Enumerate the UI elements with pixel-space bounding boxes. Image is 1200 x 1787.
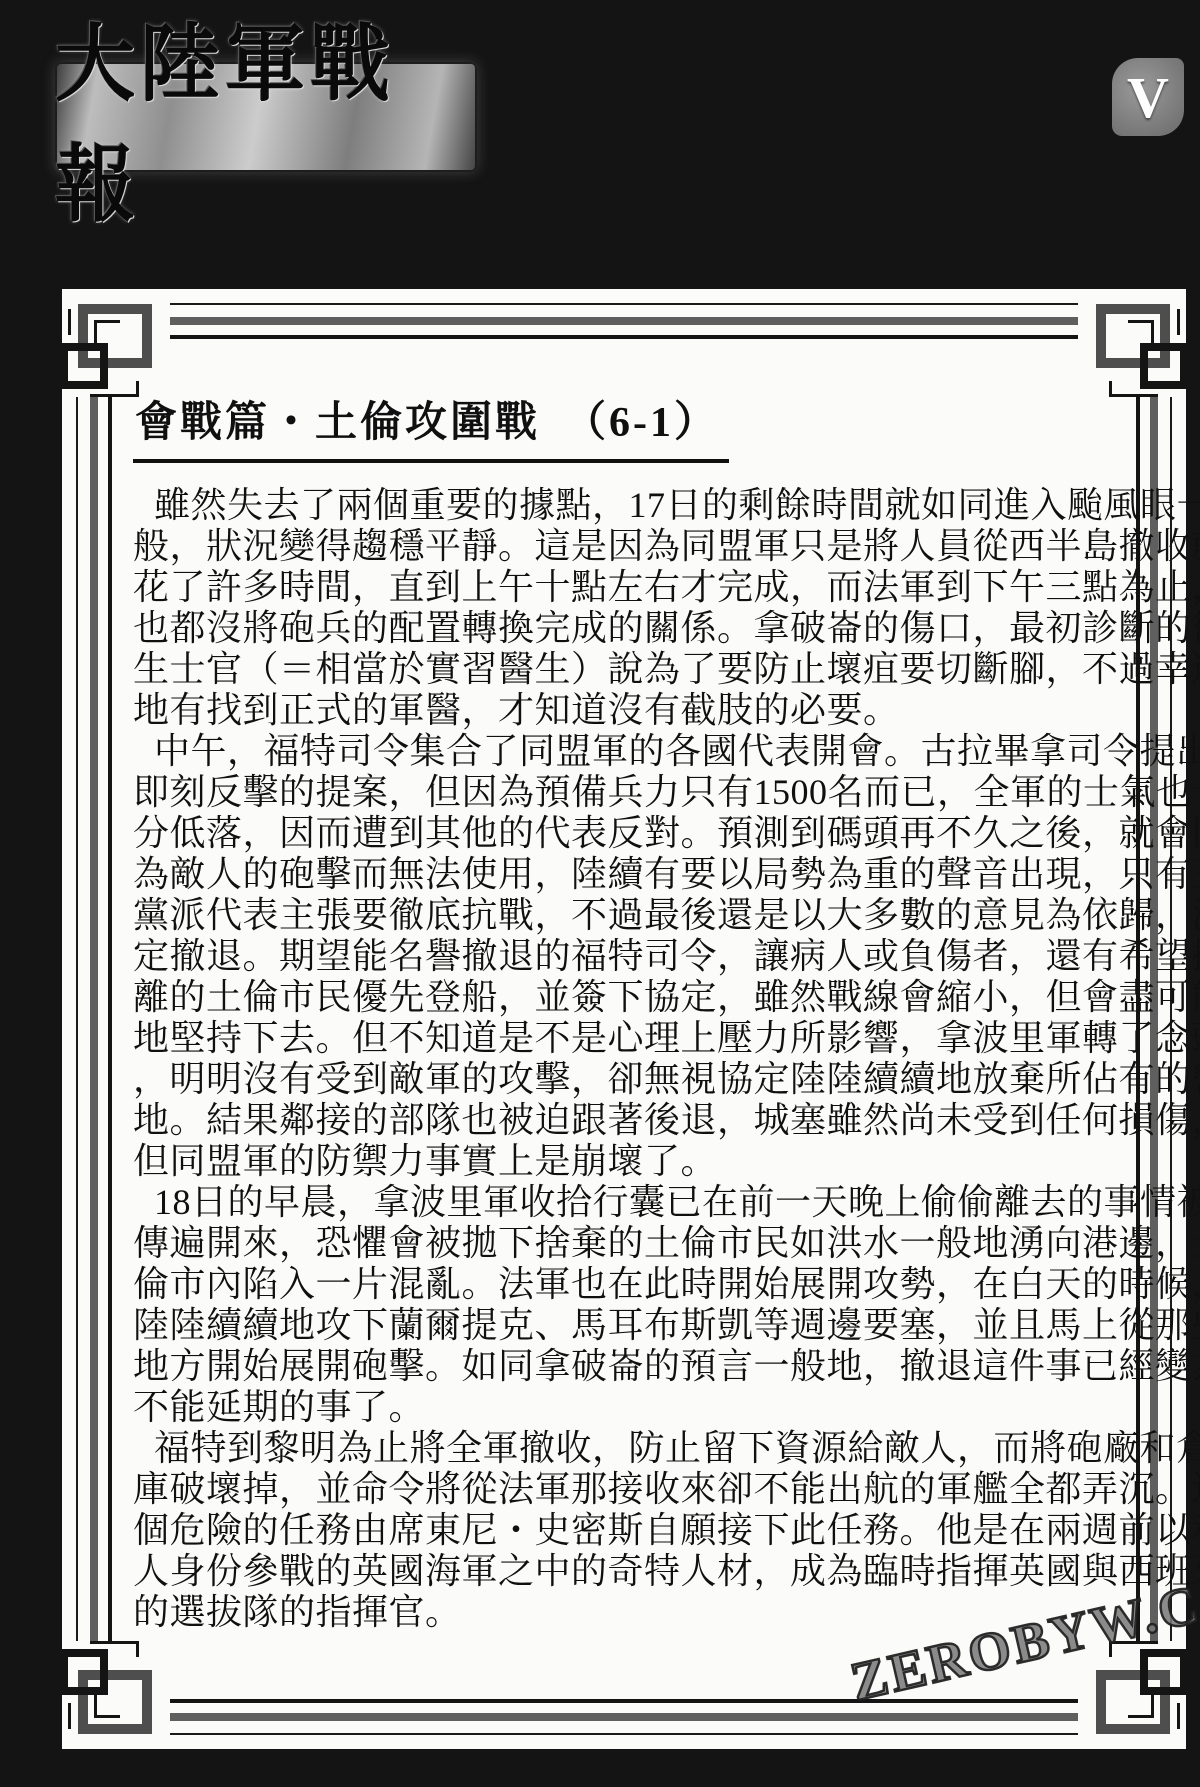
scanned-page-background: { "masthead": { "logo_text": "大陸軍戰報" }, … <box>0 0 1200 1787</box>
article: 會戰篇・土倫攻圍戰 （6-1） 雖然失去了兩個重要的據點，17日的剩餘時間就如同… <box>133 389 1095 463</box>
text-line: 雖然失去了兩個重要的據點，17日的剩餘時間就如同進入颱風眼一 <box>133 485 1095 526</box>
text-line: 般，狀況變得趨穩平靜。這是因為同盟軍只是將人員從西半島撤收就 <box>133 526 1095 567</box>
paragraph: 中午，福特司令集合了同盟軍的各國代表開會。古拉畢拿司令提出即刻反擊的提案，但因為… <box>133 731 1095 1182</box>
corner-bracket-inner <box>1128 1692 1154 1718</box>
page: 會戰篇・土倫攻圍戰 （6-1） 雖然失去了兩個重要的據點，17日的剩餘時間就如同… <box>62 289 1186 1749</box>
text-line: 地堅持下去。但不知道是不是心理上壓力所影響，拿波里軍轉了念頭 <box>133 1018 1095 1059</box>
text-line: 中午，福特司令集合了同盟軍的各國代表開會。古拉畢拿司令提出 <box>133 731 1095 772</box>
corner-bracket-inner <box>94 1692 120 1718</box>
text-line: 不能延期的事了。 <box>133 1387 1095 1428</box>
text-line: 分低落，因而遭到其他的代表反對。預測到碼頭再不久之後，就會因 <box>133 813 1095 854</box>
paragraph: 雖然失去了兩個重要的據點，17日的剩餘時間就如同進入颱風眼一般，狀況變得趨穩平靜… <box>133 485 1095 731</box>
text-line: 生士官（＝相當於實習醫生）說為了要防止壞疽要切斷腳，不過幸運 <box>133 649 1095 690</box>
paragraph: 18日的早晨，拿波里軍收拾行囊已在前一天晚上偷偷離去的事情被傳遍開來，恐懼會被拋… <box>133 1182 1095 1428</box>
corner-bracket-outer <box>90 381 139 397</box>
text-line: 也都沒將砲兵的配置轉換完成的關係。拿破崙的傷口，最初診斷的衛 <box>133 608 1095 649</box>
text-line: 倫市內陷入一片混亂。法軍也在此時開始展開攻勢，在白天的時候， <box>133 1264 1095 1305</box>
corner-bracket-outer <box>90 1641 139 1657</box>
corner-tick <box>68 1703 71 1729</box>
text-line: 地方開始展開砲擊。如同拿破崙的預言一般地，撤退這件事已經變為 <box>133 1346 1095 1387</box>
text-line: 花了許多時間，直到上午十點左右才完成，而法軍到下午三點為止， <box>133 567 1095 608</box>
text-line: 的選拔隊的指揮官。 <box>133 1592 1095 1633</box>
text-line: 地有找到正式的軍醫，才知道沒有截肢的必要。 <box>133 690 1095 731</box>
frame-corner-top-right <box>1078 291 1184 397</box>
text-line: 黨派代表主張要徹底抗戰，不過最後還是以大多數的意見為依歸，決 <box>133 895 1095 936</box>
text-line: 即刻反擊的提案，但因為預備兵力只有1500名而已，全軍的士氣也十 <box>133 772 1095 813</box>
frame-corner-top-left <box>64 291 170 397</box>
text-line: 但同盟軍的防禦力事實上是崩壞了。 <box>133 1141 1095 1182</box>
text-line: 定撤退。期望能名譽撤退的福特司令，讓病人或負傷者，還有希望撤 <box>133 936 1095 977</box>
corner-tick <box>1177 309 1180 335</box>
volume-badge: V <box>1112 58 1184 136</box>
masthead-logo-plate: 大陸軍戰報 <box>55 62 477 172</box>
text-line: 福特到黎明為止將全軍撤收，防止留下資源給敵人，而將砲廠和倉 <box>133 1428 1095 1469</box>
corner-bracket-inner <box>94 320 120 346</box>
text-line: 18日的早晨，拿波里軍收拾行囊已在前一天晚上偷偷離去的事情被 <box>133 1182 1095 1223</box>
volume-badge-label: V <box>1127 64 1169 131</box>
text-line: 為敵人的砲擊而無法使用，陸續有要以局勢為重的聲音出現，只有王 <box>133 854 1095 895</box>
corner-bracket-outer <box>1109 381 1158 397</box>
paragraph: 福特到黎明為止將全軍撤收，防止留下資源給敵人，而將砲廠和倉庫破壞掉，並命令將從法… <box>133 1428 1095 1633</box>
text-line: 地。結果鄰接的部隊也被迫跟著後退，城塞雖然尚未受到任何損傷， <box>133 1100 1095 1141</box>
article-body: 雖然失去了兩個重要的據點，17日的剩餘時間就如同進入颱風眼一般，狀況變得趨穩平靜… <box>133 485 1095 1633</box>
text-line: ，明明沒有受到敵軍的攻擊，卻無視協定陸陸續續地放棄所佔有的營 <box>133 1059 1095 1100</box>
text-line: 人身份參戰的英國海軍之中的奇特人材，成為臨時指揮英國與西班牙 <box>133 1551 1095 1592</box>
article-title: 會戰篇・土倫攻圍戰 （6-1） <box>133 389 729 463</box>
text-line: 陸陸續續地攻下蘭爾提克、馬耳布斯凱等週邊要塞，並且馬上從那些 <box>133 1305 1095 1346</box>
corner-tick <box>68 309 71 335</box>
text-line: 傳遍開來，恐懼會被拋下捨棄的土倫市民如洪水一般地湧向港邊，土 <box>133 1223 1095 1264</box>
text-line: 個危險的任務由席東尼・史密斯自願接下此任務。他是在兩週前以私 <box>133 1510 1095 1551</box>
masthead-logo-text: 大陸軍戰報 <box>55 0 477 238</box>
text-line: 庫破壞掉，並命令將從法軍那接收來卻不能出航的軍艦全都弄沉。這 <box>133 1469 1095 1510</box>
corner-tick <box>1177 1703 1180 1729</box>
corner-bracket-inner <box>1128 320 1154 346</box>
text-line: 離的土倫市民優先登船，並簽下協定，雖然戰線會縮小，但會盡可能 <box>133 977 1095 1018</box>
frame-corner-bottom-left <box>64 1641 170 1747</box>
